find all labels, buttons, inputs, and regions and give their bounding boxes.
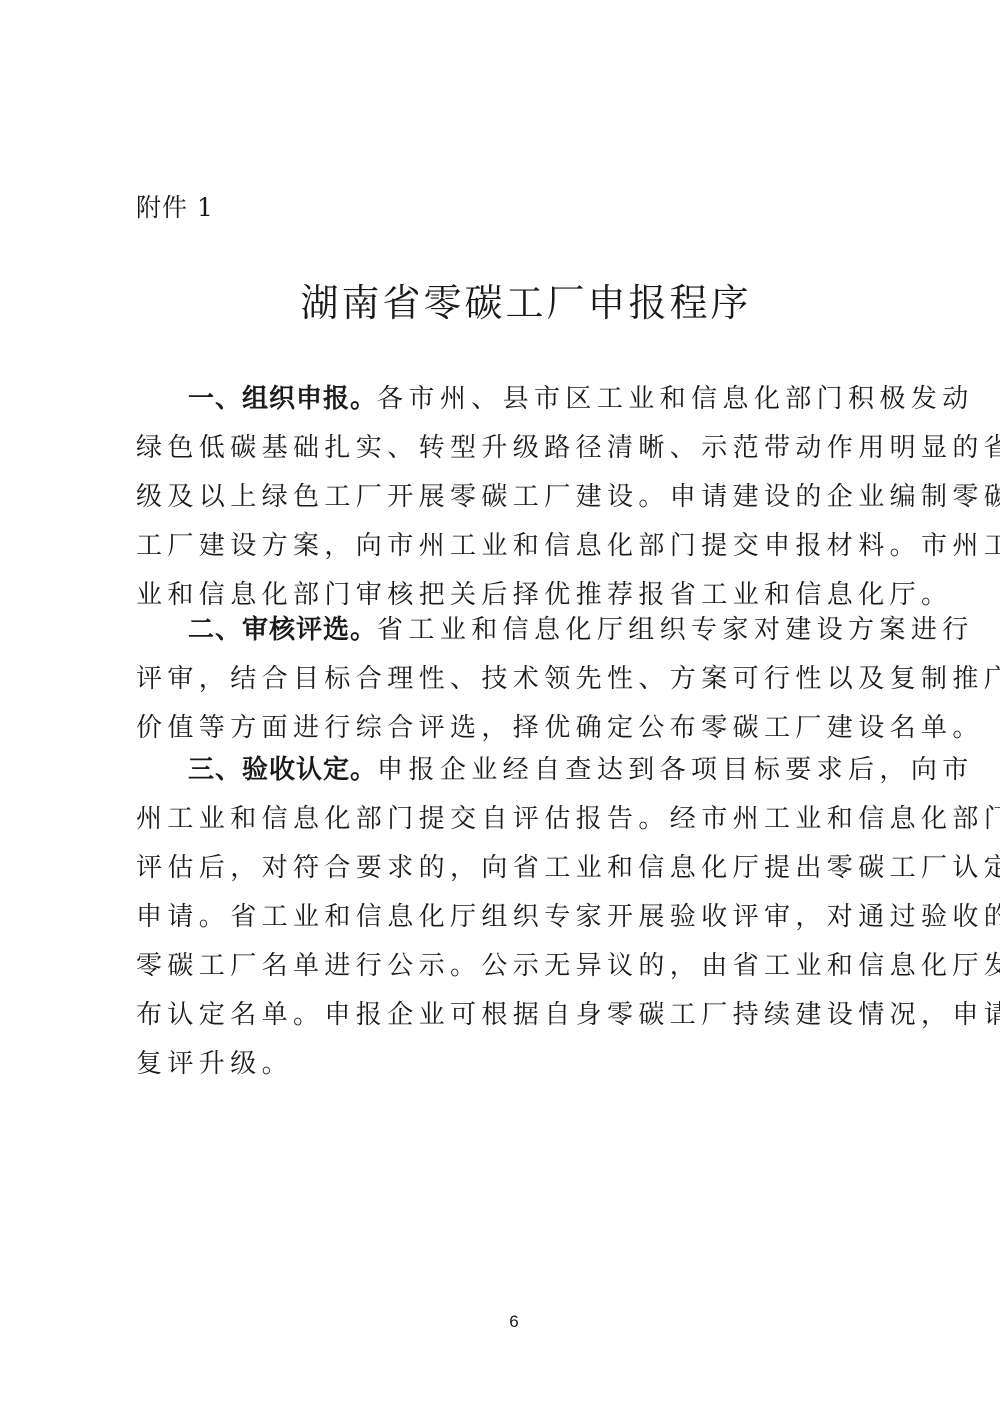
paragraph-line: 二、审核评选。省工业和信息化厅组织专家对建设方案进行	[136, 606, 896, 655]
section-review-selection: 二、审核评选。省工业和信息化厅组织专家对建设方案进行 评审，结合目标合理性、技术…	[136, 606, 896, 753]
paragraph-line: 三、验收认定。申报企业经自查达到各项目标要求后，向市	[136, 746, 896, 795]
paragraph-line: 评估后，对符合要求的，向省工业和信息化厅提出零碳工厂认定	[136, 844, 896, 893]
page-number: 6	[0, 1312, 1000, 1332]
paragraph-line: 绿色低碳基础扎实、转型升级路径清晰、示范带动作用明显的省	[136, 424, 896, 473]
paragraph-line: 复评升级。	[136, 1040, 896, 1089]
paragraph-line: 布认定名单。申报企业可根据自身零碳工厂持续建设情况，申请	[136, 991, 896, 1040]
paragraph-line: 州工业和信息化部门提交自评估报告。经市州工业和信息化部门	[136, 795, 896, 844]
paragraph-line: 级及以上绿色工厂开展零碳工厂建设。申请建设的企业编制零碳	[136, 473, 896, 522]
paragraph-line: 一、组织申报。各市州、县市区工业和信息化部门积极发动	[136, 375, 896, 424]
attachment-label: 附件 1	[136, 188, 214, 224]
section-heading: 二、审核评选。	[188, 615, 377, 645]
section-organize-application: 一、组织申报。各市州、县市区工业和信息化部门积极发动 绿色低碳基础扎实、转型升级…	[136, 375, 896, 620]
paragraph-text: 各市州、县市区工业和信息化部门积极发动	[377, 384, 974, 414]
section-heading: 一、组织申报。	[188, 384, 377, 414]
paragraph-line: 工厂建设方案，向市州工业和信息化部门提交申报材料。市州工	[136, 522, 896, 571]
section-heading: 三、验收认定。	[188, 755, 377, 785]
paragraph-text: 省工业和信息化厅组织专家对建设方案进行	[377, 615, 974, 645]
document-title: 湖南省零碳工厂申报程序	[0, 272, 1000, 327]
paragraph-line: 评审，结合目标合理性、技术领先性、方案可行性以及复制推广	[136, 655, 896, 704]
paragraph-text: 申报企业经自查达到各项目标要求后，向市	[377, 755, 974, 785]
section-acceptance-certification: 三、验收认定。申报企业经自查达到各项目标要求后，向市 州工业和信息化部门提交自评…	[136, 746, 896, 1089]
paragraph-line: 零碳工厂名单进行公示。公示无异议的，由省工业和信息化厅发	[136, 942, 896, 991]
paragraph-line: 申请。省工业和信息化厅组织专家开展验收评审，对通过验收的	[136, 893, 896, 942]
